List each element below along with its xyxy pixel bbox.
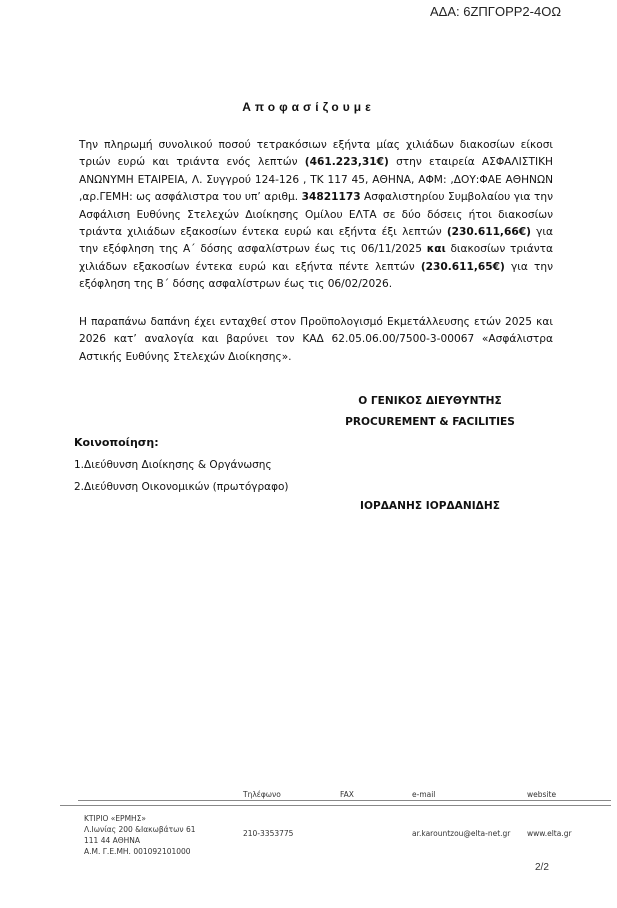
footer-phone-label: Τηλέφωνο: [243, 790, 281, 799]
signatory-department: PROCUREMENT & FACILITIES: [340, 416, 520, 428]
footer-website[interactable]: www.elta.gr: [527, 829, 572, 838]
signatory-role: Ο ΓΕΝΙΚΟΣ ΔΙΕΥΘΥΝΤΗΣ: [340, 395, 520, 407]
footer-divider: [78, 800, 611, 801]
installment-a-amount: (230.611,66€): [447, 226, 531, 238]
cc-item: 1.Διεύθυνση Διοίκησης & Οργάνωσης: [74, 459, 272, 471]
budget-paragraph: Η παραπάνω δαπάνη έχει ενταχθεί στον Προ…: [79, 314, 553, 366]
address-line: Λ.Ιωνίας 200 &Ιακωβάτων 61: [84, 824, 196, 835]
footer-website-label: website: [527, 790, 556, 799]
policy-number: 34821173: [302, 191, 361, 203]
page-number: 2/2: [535, 862, 549, 873]
decision-heading: Αποφασίζουμε: [0, 100, 617, 114]
address-line: Α.Μ. Γ.Ε.ΜΗ. 001092101000: [84, 846, 196, 857]
footer-fax-label: FAX: [340, 790, 354, 799]
cc-heading: Κοινοποίηση:: [74, 436, 159, 449]
footer-address: ΚΤΙΡΙΟ «ΕΡΜΗΣ» Λ.Ιωνίας 200 &Ιακωβάτων 6…: [84, 813, 196, 857]
conjunction: και: [427, 243, 446, 255]
footer-phone: 210-3353775: [243, 829, 293, 838]
address-line: 111 44 ΑΘΗΝΑ: [84, 835, 196, 846]
footer-email[interactable]: ar.karountzou@elta-net.gr: [412, 829, 510, 838]
footer-divider: [60, 805, 611, 806]
ada-code: ΑΔΑ: 6ΖΠΓΟΡΡ2-4ΟΩ: [430, 4, 561, 19]
installment-b-amount: (230.611,65€): [421, 261, 505, 273]
decision-paragraph: Την πληρωμή συνολικού ποσού τετρακόσιων …: [79, 137, 553, 294]
total-amount: (461.223,31€): [305, 156, 389, 168]
signatory-name: ΙΟΡΔΑΝΗΣ ΙΟΡΔΑΝΙΔΗΣ: [340, 500, 520, 512]
cc-item: 2.Διεύθυνση Οικονομικών (πρωτόγραφο): [74, 481, 289, 493]
address-line: ΚΤΙΡΙΟ «ΕΡΜΗΣ»: [84, 813, 196, 824]
footer-email-label: e-mail: [412, 790, 435, 799]
